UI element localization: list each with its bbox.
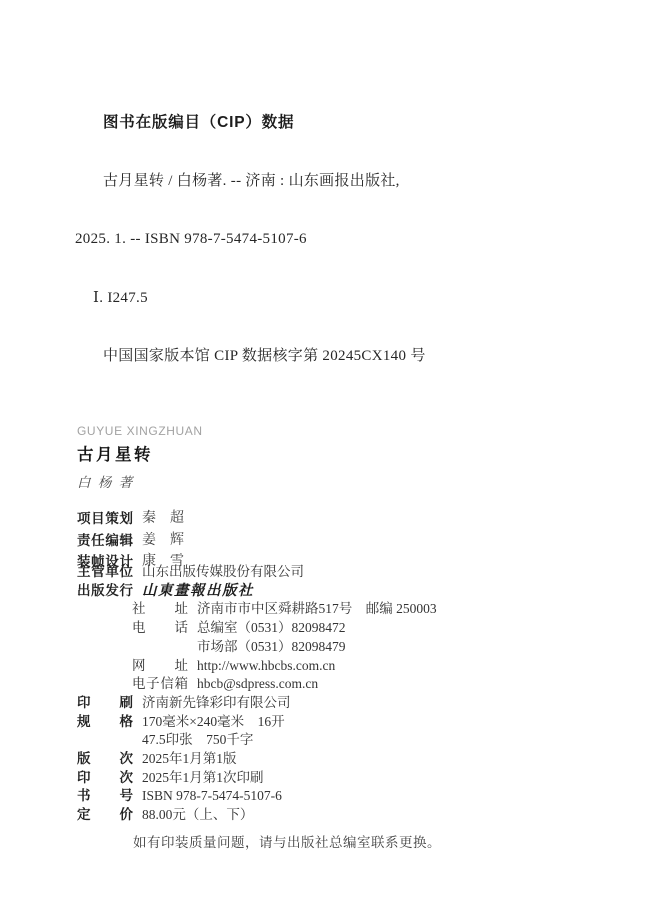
price-value: 88.00元（上、下） [142, 806, 253, 825]
row-value: 市场部（0531）82098479 [197, 638, 346, 657]
publisher-calligraphy-logo: 山東畫報出版社 [142, 582, 254, 601]
staff-label: 项目策划 [77, 508, 133, 530]
cip-line-isbn: 2025. 1. -- ISBN 978-7-5474-5107-6 [75, 230, 426, 250]
staff-row-project-planner: 项目策划 秦 超 [77, 508, 203, 530]
row-label: 印刷 [77, 694, 133, 713]
isbn-row: 书号 ISBN 978-7-5474-5107-6 [77, 787, 437, 806]
staff-name: 姜 辉 [142, 530, 184, 552]
row-label: 社址 [132, 600, 188, 619]
staff-row-responsible-editor: 责任编辑 姜 辉 [77, 530, 203, 552]
row-value: 170毫米×240毫米 16开 [142, 713, 285, 732]
format-row-2: 47.5印张 750千字 [77, 731, 437, 750]
row-label: 定价 [77, 806, 133, 825]
row-label: 规格 [77, 713, 133, 732]
row-label: 网址 [132, 657, 188, 676]
cip-line-title-author: 古月星转 / 白杨著. -- 济南 : 山东画报出版社, [103, 172, 426, 192]
printer-row: 印刷 济南新先锋彩印有限公司 [77, 694, 437, 713]
staff-label: 责任编辑 [77, 530, 133, 552]
cip-line-classification: Ⅰ. I247.5 [93, 289, 426, 309]
row-value: 47.5印张 750千字 [142, 731, 253, 750]
phone-row-2: 市场部（0531）82098479 [132, 638, 437, 657]
price-row: 定价 88.00元（上、下） [77, 806, 437, 825]
romanized-title: GUYUE XINGZHUAN [77, 425, 203, 437]
supervisor-row: 主管单位 山东出版传媒股份有限公司 [77, 563, 437, 582]
isbn-number: ISBN 978-7-5474-5107-6 [142, 787, 282, 806]
email-address: hbcb@sdpress.com.cn [197, 675, 318, 694]
row-label [132, 638, 188, 657]
cip-line-registry: 中国国家版本馆 CIP 数据核字第 20245CX140 号 [103, 347, 426, 367]
email-row: 电子信箱 hbcb@sdpress.com.cn [132, 675, 437, 694]
phone-row: 电话 总编室（0531）82098472 [132, 619, 437, 638]
row-label: 书号 [77, 787, 133, 806]
website-url: http://www.hbcbs.com.cn [197, 657, 335, 676]
row-value: 2025年1月第1版 [142, 750, 237, 769]
edition-row: 版次 2025年1月第1版 [77, 750, 437, 769]
book-title: 古月星转 [77, 445, 203, 465]
row-label: 电话 [132, 619, 188, 638]
row-value: 济南市市中区舜耕路517号 邮编 250003 [197, 600, 437, 619]
row-label: 主管单位 [77, 563, 133, 582]
row-value: 济南新先锋彩印有限公司 [142, 694, 291, 713]
row-value: 山东出版传媒股份有限公司 [142, 563, 304, 582]
address-row: 社址 济南市市中区舜耕路517号 邮编 250003 [132, 600, 437, 619]
row-label [77, 731, 133, 750]
impression-row: 印次 2025年1月第1次印刷 [77, 769, 437, 788]
format-row: 规格 170毫米×240毫米 16开 [77, 713, 437, 732]
row-label: 电子信箱 [132, 675, 188, 694]
cip-block: 图书在版编目（CIP）数据 古月星转 / 白杨著. -- 济南 : 山东画报出版… [75, 74, 426, 406]
row-label: 印次 [77, 769, 133, 788]
row-label: 出版发行 [77, 582, 133, 601]
publishing-info-block: 主管单位 山东出版传媒股份有限公司 出版发行 山東畫報出版社 社址 济南市市中区… [77, 563, 437, 825]
publisher-row: 出版发行 山東畫報出版社 [77, 582, 437, 601]
website-row: 网址 http://www.hbcbs.com.cn [132, 657, 437, 676]
staff-name: 秦 超 [142, 508, 184, 530]
row-label: 版次 [77, 750, 133, 769]
cip-heading: 图书在版编目（CIP）数据 [103, 113, 426, 133]
copyright-page: 图书在版编目（CIP）数据 古月星转 / 白杨著. -- 济南 : 山东画报出版… [0, 0, 650, 917]
book-title-block: GUYUE XINGZHUAN 古月星转 白 杨 著 项目策划 秦 超 责任编辑… [77, 425, 203, 573]
quality-note: 如有印装质量问题，请与出版社总编室联系更换。 [133, 831, 441, 851]
row-value: 总编室（0531）82098472 [197, 619, 346, 638]
row-value: 2025年1月第1次印刷 [142, 769, 264, 788]
book-author: 白 杨 著 [77, 474, 203, 491]
